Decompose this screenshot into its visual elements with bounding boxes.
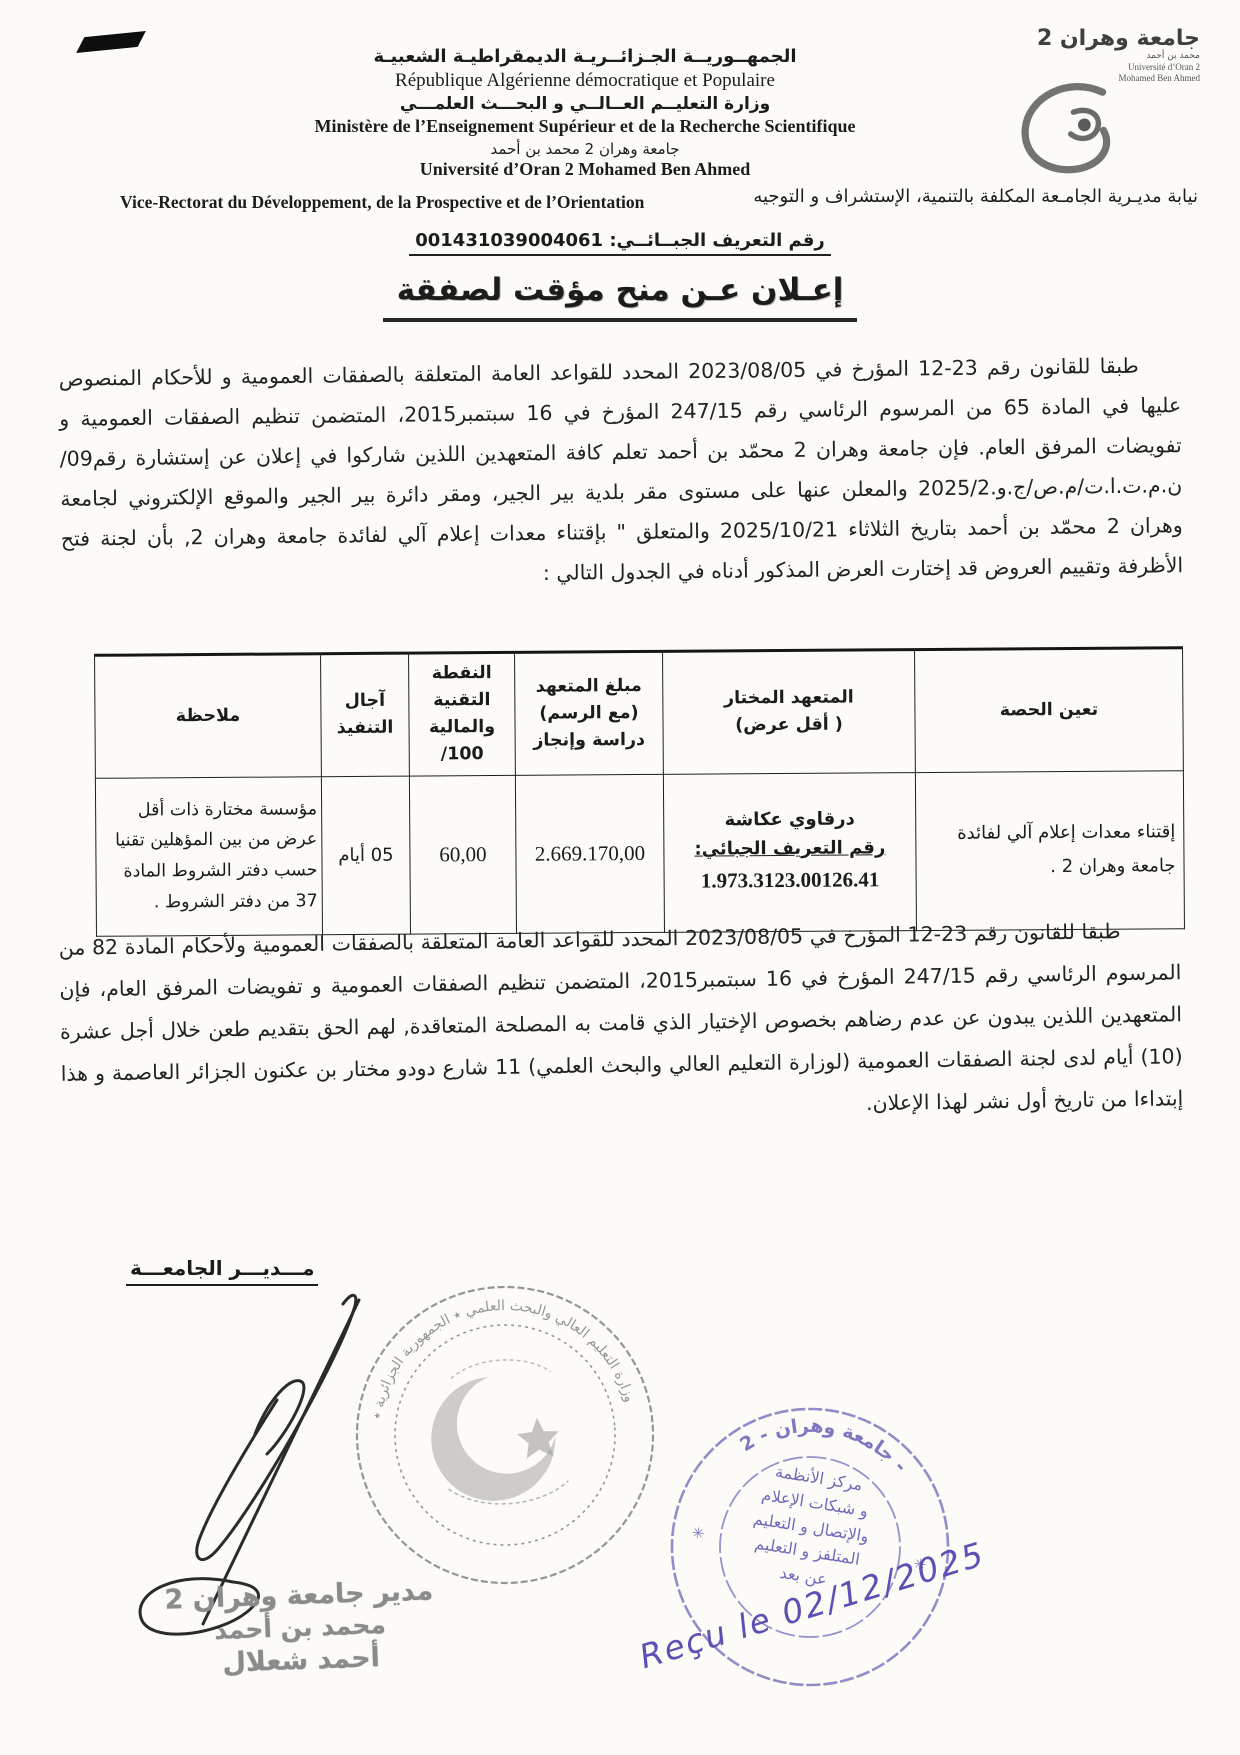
execution-delay-cell: 05 أيام: [321, 776, 410, 935]
bid-amount-cell: 2.669.170,00: [515, 774, 664, 933]
ministry-round-stamp: وزارة التعليم العالي والبحث العلمي ٭ الج…: [340, 1270, 671, 1601]
fiscal-id-text: رقم التعريف الجبــائــي: 001431039004061: [409, 230, 831, 256]
algeria-emblem-star-icon: [516, 1416, 561, 1459]
selected-bidder-cell: درقاوي عكاشة رقم التعريف الجبائي: 1.973.…: [663, 772, 916, 932]
bidder-fiscal-number: 1.973.3123.00126.41: [673, 863, 908, 898]
university-logo: جامعة وهران 2 محمد بن أحمد Université d’…: [995, 26, 1200, 176]
document-header: الجمهــوريــة الجـزائــريـة الديمقراطيـة…: [205, 46, 965, 180]
col-lot-designation: تعين الحصة: [915, 648, 1184, 772]
intro-paragraph: طبقا للقانون رقم 23-12 المؤرخ في 2023/08…: [59, 345, 1184, 599]
republic-title-ar: الجمهــوريــة الجـزائــريـة الديمقراطيـة…: [205, 46, 965, 67]
col-bid-amount: مبلغ المتعهد (مع الرسم) دراسة وإنجاز: [515, 651, 664, 775]
award-table-wrapper: تعين الحصة المتعهد المختار ( أقل عرض) مب…: [95, 646, 1185, 936]
fiscal-id-line: رقم التعريف الجبــائــي: 001431039004061: [0, 230, 1240, 256]
logo-title: جامعة وهران 2: [995, 26, 1200, 51]
technical-score-cell: 60,00: [409, 775, 516, 934]
ministry-title-ar: وزارة التعليــم العــالــي و البحـــث ال…: [205, 94, 965, 114]
appeal-paragraph: طبقا للقانون رقم 23-12 المؤرخ في 2023/08…: [58, 909, 1183, 1137]
bidder-fiscal-label: رقم التعريف الجبائي:: [672, 834, 907, 864]
col-remark: ملاحظة: [95, 654, 322, 778]
bidder-name: درقاوي عكاشة: [672, 806, 907, 836]
award-table: تعين الحصة المتعهد المختار ( أقل عرض) مب…: [94, 646, 1185, 936]
col-execution-delay: آجال التنفيذ: [321, 653, 410, 776]
col-selected-bidder: المتعهد المختار ( أقل عرض): [663, 650, 916, 774]
university-title-fr: Université d’Oran 2 Mohamed Ben Ahmed: [205, 159, 965, 180]
logo-calligraphy-icon: [1013, 74, 1123, 174]
logo-subtitle-ar: محمد بن أحمد: [995, 51, 1200, 62]
document-title: إعـلان عـن منح مؤقت لصفقة: [0, 272, 1240, 322]
university-title-ar: جامعة وهران 2 محمد بن أحمد: [205, 140, 965, 158]
col-technical-score: النقطة التقنية والمالية 100/‎: [409, 652, 516, 775]
table-header-row: تعين الحصة المتعهد المختار ( أقل عرض) مب…: [95, 648, 1184, 778]
ministry-stamp-arc-text: وزارة التعليم العالي والبحث العلمي ٭ الج…: [361, 1289, 637, 1422]
remark-cell: مؤسسة مختارة ذات أقل عرض من بين المؤهلين…: [95, 776, 322, 936]
director-stamp-text: مدير جامعة وهران 2 محمد بن أحمد أحمد شعل…: [133, 1574, 466, 1681]
ministry-title-fr: Ministère de l’Enseignement Supérieur et…: [205, 116, 965, 137]
republic-title-fr: République Algérienne démocratique et Po…: [205, 70, 965, 92]
vice-rectorat-fr: Vice-Rectorat du Développement, de la Pr…: [120, 192, 644, 213]
vice-rectorat-ar: نيابة مديـرية الجامـعة المكلفة بالتنمية،…: [753, 186, 1198, 207]
logo-subtitle-fr1: Université d’Oran 2: [995, 62, 1200, 73]
lot-designation-cell: إقتناء معدات إعلام آلي لفائدة جامعة وهرا…: [915, 770, 1184, 930]
svg-text:وزارة التعليم العالي والبحث ال: وزارة التعليم العالي والبحث العلمي ٭ الج…: [361, 1289, 637, 1422]
scan-artifact-mark: [76, 31, 146, 53]
document-title-text: إعـلان عـن منح مؤقت لصفقة: [383, 272, 858, 322]
scanned-document-page: { "colors": { "ink": "#1c1c1c", "stamp_p…: [0, 0, 1240, 1755]
